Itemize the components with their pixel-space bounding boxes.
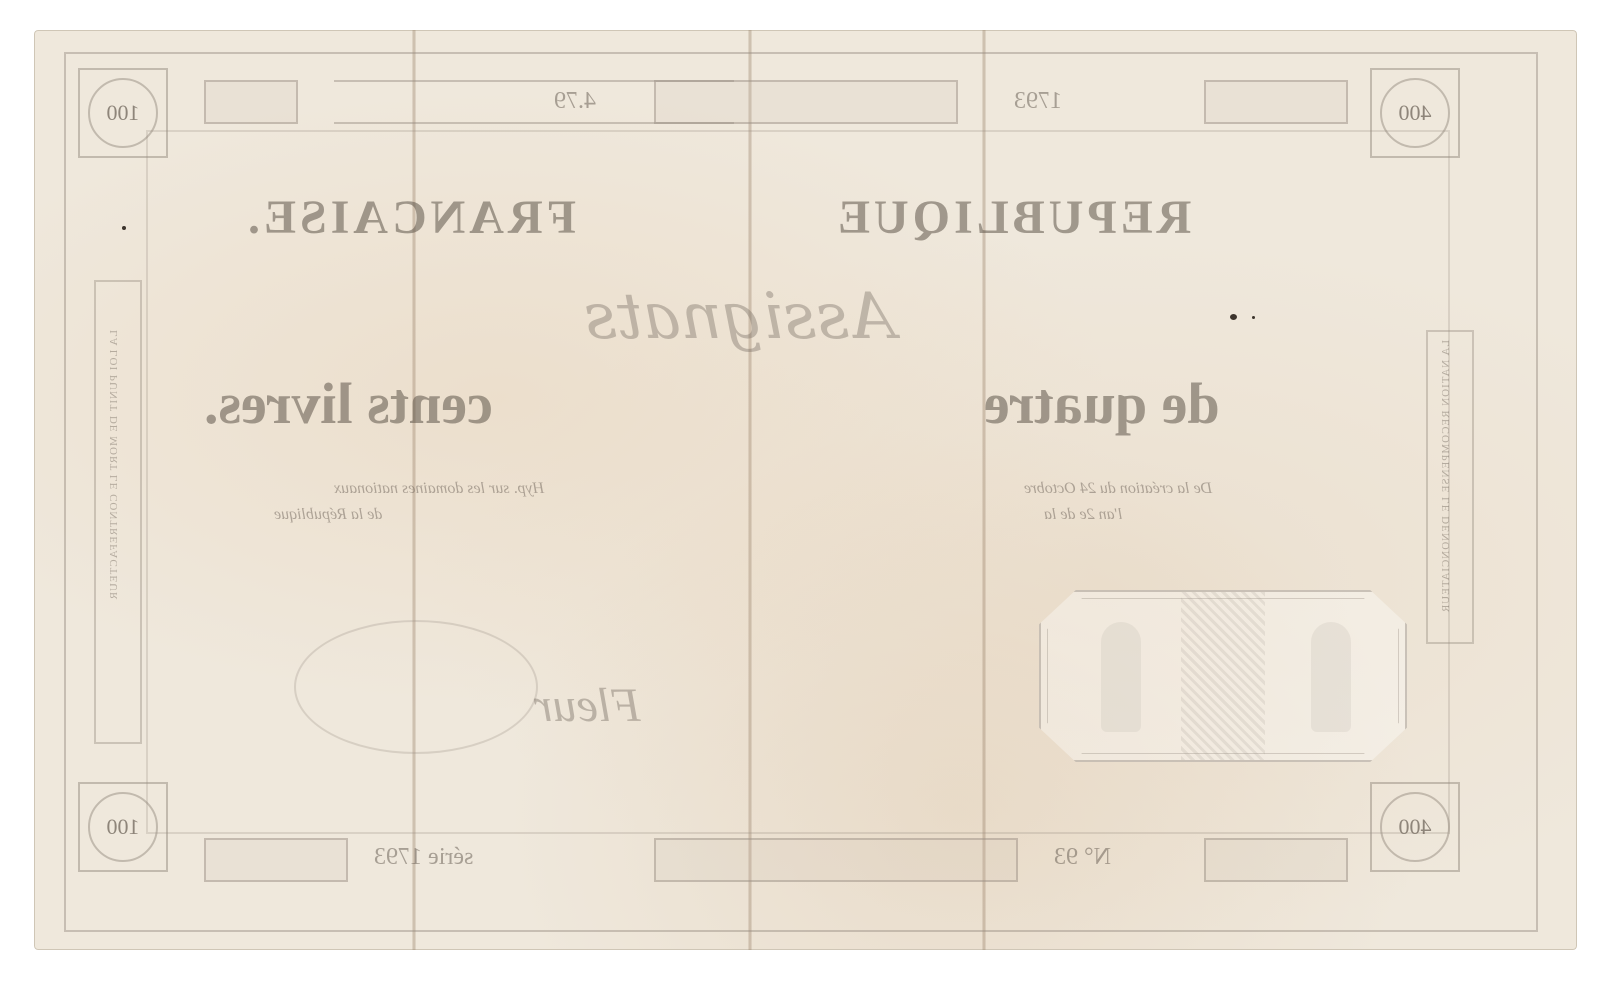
decree-line2: l'an 2e de la	[1044, 506, 1123, 524]
denomination-disc: 100	[88, 78, 158, 148]
top-cell	[654, 80, 958, 124]
denomination-disc: 400	[1380, 78, 1450, 148]
bottom-cell	[1204, 838, 1348, 882]
top-cell	[1204, 80, 1348, 124]
guarantee-line1: Hyp. sur les domaines nationaux	[334, 480, 544, 498]
bottom-cell	[654, 838, 1018, 882]
corner-value: 100	[107, 814, 140, 840]
oval-stamp	[294, 620, 538, 754]
serial-bottom-right: N° 93	[1054, 844, 1111, 871]
top-cell	[204, 80, 298, 124]
corner-top-left: 100	[78, 68, 168, 158]
denomination-disc: 400	[1380, 792, 1450, 862]
script-title: Assignats	[584, 280, 895, 354]
seal-center-panel	[1181, 592, 1265, 760]
bottom-cell	[204, 838, 348, 882]
header-word-right: REPUBLIQUE	[834, 190, 1191, 245]
corner-bottom-left: 100	[78, 782, 168, 872]
seal-figure-right	[1311, 622, 1351, 732]
seal-figure-left	[1101, 622, 1141, 732]
embossed-seal	[1039, 590, 1407, 762]
ink-spot	[1252, 316, 1255, 319]
serial-bottom-left: série 1793	[374, 844, 473, 871]
corner-bottom-right: 400	[1370, 782, 1460, 872]
decree-line1: De la création du 24 Octobre	[1024, 480, 1212, 498]
denomination-disc: 100	[88, 792, 158, 862]
left-side-text: LA LOI PUNIT DE MORT LE CONTREFACTEUR	[108, 330, 120, 710]
signature: Fleur	[534, 678, 641, 733]
banknote: 100 400 100 400 4.79 1793 série 1793 N° …	[34, 30, 1577, 950]
corner-value: 400	[1399, 814, 1432, 840]
serial-top-right: 1793	[1014, 88, 1062, 115]
guarantee-line2: de la République	[274, 506, 382, 524]
denomination-line2: cents livres.	[204, 370, 493, 437]
serial-top-center: 4.79	[554, 88, 596, 115]
denomination-line1: de quatre	[984, 370, 1220, 437]
ink-spot	[1230, 314, 1237, 320]
header-word-left: FRANCAISE.	[244, 190, 576, 245]
corner-top-right: 400	[1370, 68, 1460, 158]
ink-spot	[122, 226, 126, 230]
corner-value: 400	[1399, 100, 1432, 126]
right-side-text: LA NATION RECOMPENSE LE DENONCIATEUR	[1440, 340, 1452, 630]
corner-value: 100	[107, 100, 140, 126]
